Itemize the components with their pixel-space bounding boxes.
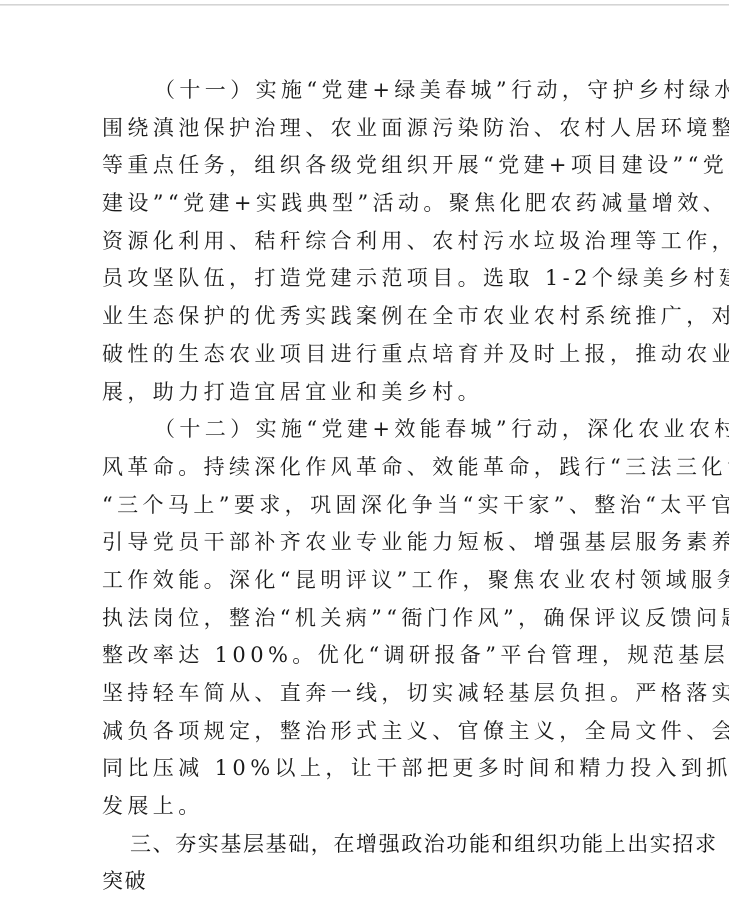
- text-line: 员攻坚队伍，打造党建示范项目。选取 1-2个绿美乡村建设、农: [102, 260, 690, 298]
- document-page: （十一）实施“党建+绿美春城”行动，守护乡村绿水青山。 围绕滇池保护治理、农业面…: [102, 72, 690, 901]
- text-line: 同比压减 10%以上，让干部把更多时间和精力投入到抓落实、促: [102, 750, 690, 788]
- text-line: 建设”“党建+实践典型”活动。聚焦化肥农药减量增效、畜禽粪污: [102, 185, 690, 223]
- text-line: 执法岗位，整治“机关病”“衙门作风”，确保评议反馈问题回复率、: [102, 600, 690, 638]
- text-line: 资源化利用、秸秆综合利用、农村污水垃圾治理等工作，组建党: [102, 223, 690, 261]
- page-top-border: [0, 4, 729, 6]
- text-line: 风革命。持续深化作风革命、效能革命，践行“三法三化”、落实: [102, 449, 690, 487]
- paragraph-item-12: （十二）实施“党建+效能春城”行动，深化农业农村系统作 风革命。持续深化作风革命…: [102, 411, 690, 826]
- text-line: 围绕滇池保护治理、农业面源污染防治、农村人居环境整治提升: [102, 110, 690, 148]
- text-line: “三个马上”要求，巩固深化争当“实干家”、整治“太平官”工作，: [102, 487, 690, 525]
- paragraph-item-11: （十一）实施“党建+绿美春城”行动，守护乡村绿水青山。 围绕滇池保护治理、农业面…: [102, 72, 690, 411]
- text-line: 工作效能。深化“昆明评议”工作，聚焦农业农村领域服务窗口、: [102, 562, 690, 600]
- text-line: 坚持轻车简从、直奔一线，切实减轻基层负担。严格落实为基层: [102, 675, 690, 713]
- text-line: 引导党员干部补齐农业专业能力短板、增强基层服务素养、提升: [102, 524, 690, 562]
- text-line: 发展上。: [102, 788, 690, 826]
- text-line: （十二）实施“党建+效能春城”行动，深化农业农村系统作: [102, 411, 690, 449]
- text-line: 展，助力打造宜居宜业和美乡村。: [102, 374, 690, 412]
- section-heading: 三、夯实基层基础，在增强政治功能和组织功能上出实招求 突破: [102, 826, 690, 901]
- text-line: 整改率达 100%。优化“调研报备”平台管理，规范基层调研活动，: [102, 637, 690, 675]
- heading-line: 三、夯实基层基础，在增强政治功能和组织功能上出实招求: [102, 826, 690, 864]
- heading-line: 突破: [102, 863, 690, 901]
- text-line: （十一）实施“党建+绿美春城”行动，守护乡村绿水青山。: [102, 72, 690, 110]
- text-line: 破性的生态农业项目进行重点培育并及时上报，推动农业绿色发: [102, 336, 690, 374]
- text-line: 等重点任务，组织各级党组织开展“党建+项目建设”“党建+队伍: [102, 147, 690, 185]
- text-line: 业生态保护的优秀实践案例在全市农业农村系统推广，对具有突: [102, 298, 690, 336]
- text-line: 减负各项规定，整治形式主义、官僚主义，全局文件、会议数量: [102, 713, 690, 751]
